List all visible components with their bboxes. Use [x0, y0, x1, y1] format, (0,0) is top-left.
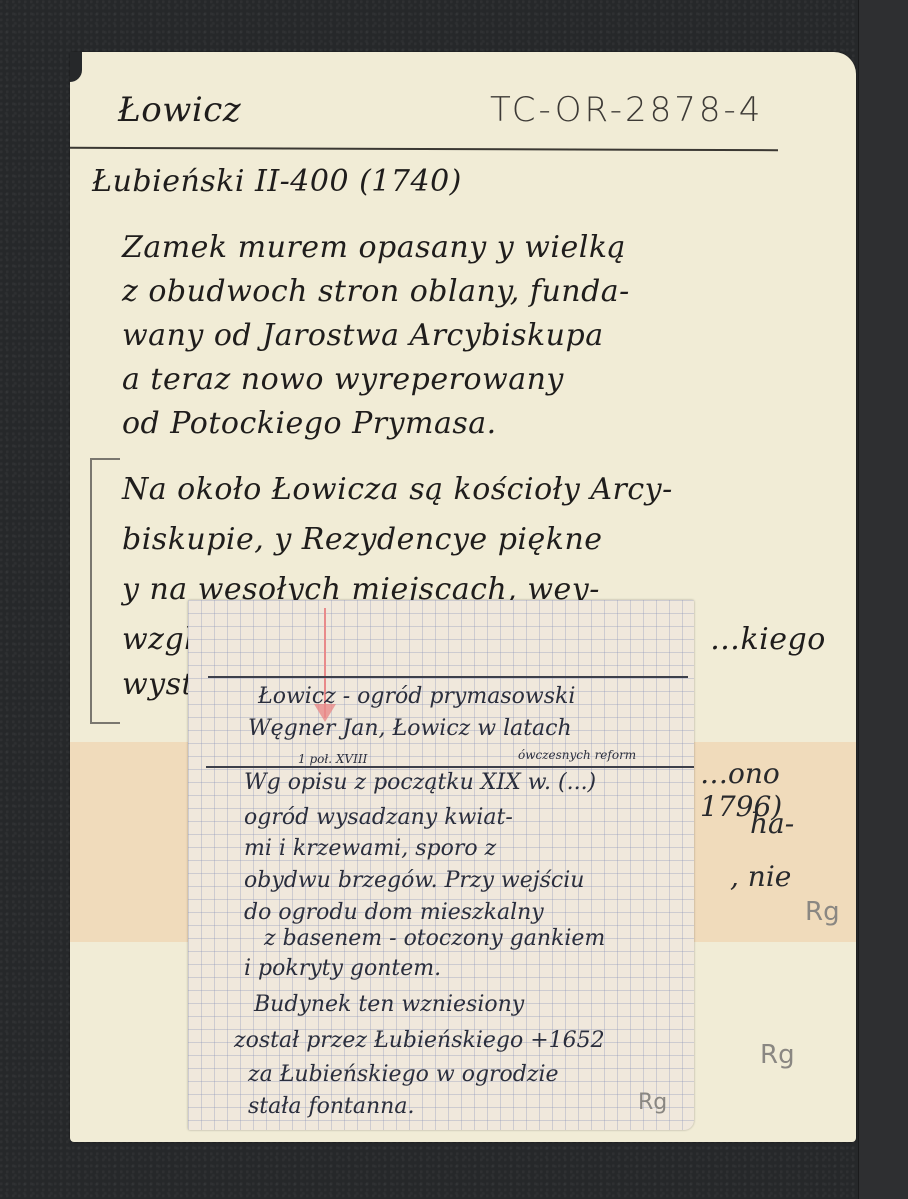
note-line: z basenem - otoczony gankiem	[264, 926, 605, 951]
note-line: do ogrodu dom mieszkalny	[244, 900, 544, 925]
paragraph-1-line: wany od Jarostwa Arcybiskupa	[122, 318, 604, 353]
note-heading: Łowicz - ogród prymasowski	[258, 684, 575, 709]
pencil-mark: Rg	[805, 897, 840, 927]
paragraph-1-line: a teraz nowo wyreperowany	[122, 362, 564, 397]
note-author-line: Węgner Jan, Łowicz w latach	[248, 716, 572, 741]
note-line: został przez Łubieńskiego +1652	[234, 1028, 605, 1053]
note-pencil-mark: Rg	[638, 1090, 667, 1115]
paragraph-1-line: Zamek murem opasany y wielką	[122, 230, 626, 265]
note-line: i pokryty gontem.	[244, 956, 441, 981]
note-line: ogród wysadzany kwiat-	[244, 805, 513, 830]
pencil-mark: Rg	[760, 1040, 795, 1070]
tape-fragment: , nie	[730, 860, 791, 893]
binder-edge	[858, 0, 908, 1199]
catalog-signature: TC-OR-2878-4	[490, 90, 763, 130]
pasted-graph-paper-note: Łowicz - ogród prymasowski Węgner Jan, Ł…	[188, 600, 694, 1130]
tape-fragment: ha-	[750, 807, 794, 840]
card-title: Łowicz	[118, 90, 241, 130]
note-line: stała fontanna.	[248, 1094, 414, 1119]
note-line: Wg opisu z początku XIX w. (...)	[244, 770, 596, 795]
index-card: Łowicz TC-OR-2878-4 Łubieński II-400 (17…	[70, 52, 856, 1142]
note-line: obydwu brzegów. Przy wejściu	[244, 868, 584, 893]
note-superscript: 1 poł. XVIII	[298, 752, 367, 766]
note-top-rule	[208, 676, 688, 678]
note-underline	[206, 766, 694, 768]
paragraph-1-line: z obudwoch stron oblany, funda-	[122, 274, 630, 309]
note-line: Budynek ten wzniesiony	[254, 992, 524, 1017]
note-line: mi i krzewami, sporo z	[244, 836, 496, 861]
source-citation: Łubieński II-400 (1740)	[92, 164, 462, 199]
paragraph-1-line: od Potockiego Prymasa.	[122, 406, 497, 441]
note-author-sub: ówczesnych reform	[518, 748, 636, 762]
paragraph-2-line: Na około Łowicza są kościoły Arcy-	[122, 472, 673, 507]
paragraph-2-line: biskupie, y Rezydencye piękne	[122, 522, 603, 557]
note-line: za Łubieńskiego w ogrodzie	[248, 1062, 559, 1087]
header-divider	[70, 147, 778, 151]
margin-bracket	[90, 458, 120, 724]
paragraph-2-fragment: …kiego	[710, 622, 826, 657]
